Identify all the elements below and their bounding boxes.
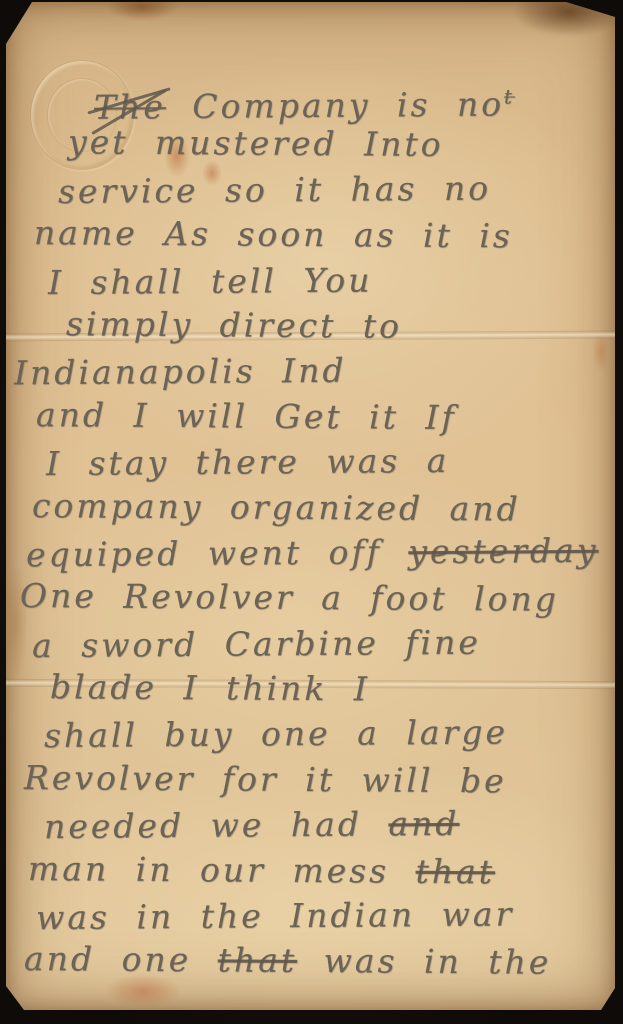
- letter-line: simply direct to: [6, 301, 615, 351]
- handwritten-text: Indianapolis Ind: [14, 351, 347, 393]
- letter-line: equiped went off yesterday: [6, 528, 615, 578]
- stain-bottom-left: [104, 974, 182, 1008]
- handwritten-text: Company is no: [166, 84, 504, 126]
- superscript-letter: t: [504, 85, 515, 108]
- handwritten-text: company organized and: [32, 486, 521, 528]
- fold-crease-upper: [6, 331, 615, 342]
- letter-line: name As soon as it is: [6, 210, 615, 260]
- handwritten-text: was in the: [297, 941, 551, 982]
- letter-line: blade I think I: [6, 664, 615, 714]
- stain-right-middle: [592, 332, 610, 372]
- handwritten-text: a sword Carbine fine: [32, 622, 481, 665]
- letter-line: and I will Get it If: [6, 392, 615, 442]
- letter-line: shall buy one a large: [6, 709, 615, 759]
- handwritten-text: blade I think I: [50, 667, 370, 708]
- handwritten-text: needed we had: [44, 805, 389, 847]
- handwritten-text: equiped went off: [26, 532, 409, 574]
- handwritten-text: I shall tell You: [48, 260, 373, 302]
- letter-line: man in our mess that: [6, 846, 615, 896]
- letter-line: needed we had and: [6, 800, 615, 850]
- letter-text: The Company is notyet mustered Intoservi…: [6, 76, 615, 984]
- embossed-seal: [30, 60, 134, 170]
- stain-top-right: [514, 0, 623, 36]
- handwritten-text: name As soon as it is: [34, 213, 513, 255]
- struck-word: that: [415, 851, 495, 891]
- struck-word: that: [218, 941, 298, 981]
- struck-word: and: [388, 804, 459, 844]
- letter-line: One Revolver a foot long: [6, 573, 615, 623]
- letter-line: I stay there was a: [6, 437, 615, 487]
- letter-line: a sword Carbine fine: [6, 618, 615, 668]
- photo-background: The Company is notyet mustered Intoservi…: [0, 0, 623, 1024]
- handwritten-text: One Revolver a foot long: [20, 576, 559, 619]
- letter-line: was in the Indian war: [6, 891, 615, 941]
- letter-line: company organized and: [6, 482, 615, 532]
- stain-top-edge: [106, 0, 178, 20]
- letter-line: service so it has no: [6, 164, 615, 214]
- stain-left-middle: [2, 562, 28, 682]
- handwritten-text: Revolver for it will be: [24, 758, 507, 800]
- fold-crease-lower: [6, 679, 615, 689]
- letter-line: and one that was in the: [6, 936, 615, 986]
- stain-rust-speck-a: [164, 134, 190, 178]
- letter-line: I shall tell You: [6, 255, 615, 305]
- stain-rust-speck-b: [202, 160, 222, 186]
- handwritten-text: was in the Indian war: [36, 894, 515, 937]
- letter-paper: The Company is notyet mustered Intoservi…: [6, 2, 615, 1010]
- letter-line: Revolver for it will be: [6, 755, 615, 805]
- handwritten-text: and I will Get it If: [36, 395, 457, 437]
- embossed-seal-inner-ring: [47, 78, 117, 152]
- handwritten-text: I stay there was a: [46, 441, 450, 483]
- struck-word: yesterday: [408, 531, 598, 571]
- handwritten-text: man in our mess: [28, 849, 416, 891]
- letter-line: Indianapolis Ind: [6, 346, 615, 396]
- handwritten-text: simply direct to: [66, 304, 402, 345]
- handwritten-text: and one: [24, 939, 218, 979]
- handwritten-text: service so it has no: [58, 168, 491, 210]
- handwritten-text: shall buy one a large: [44, 713, 508, 756]
